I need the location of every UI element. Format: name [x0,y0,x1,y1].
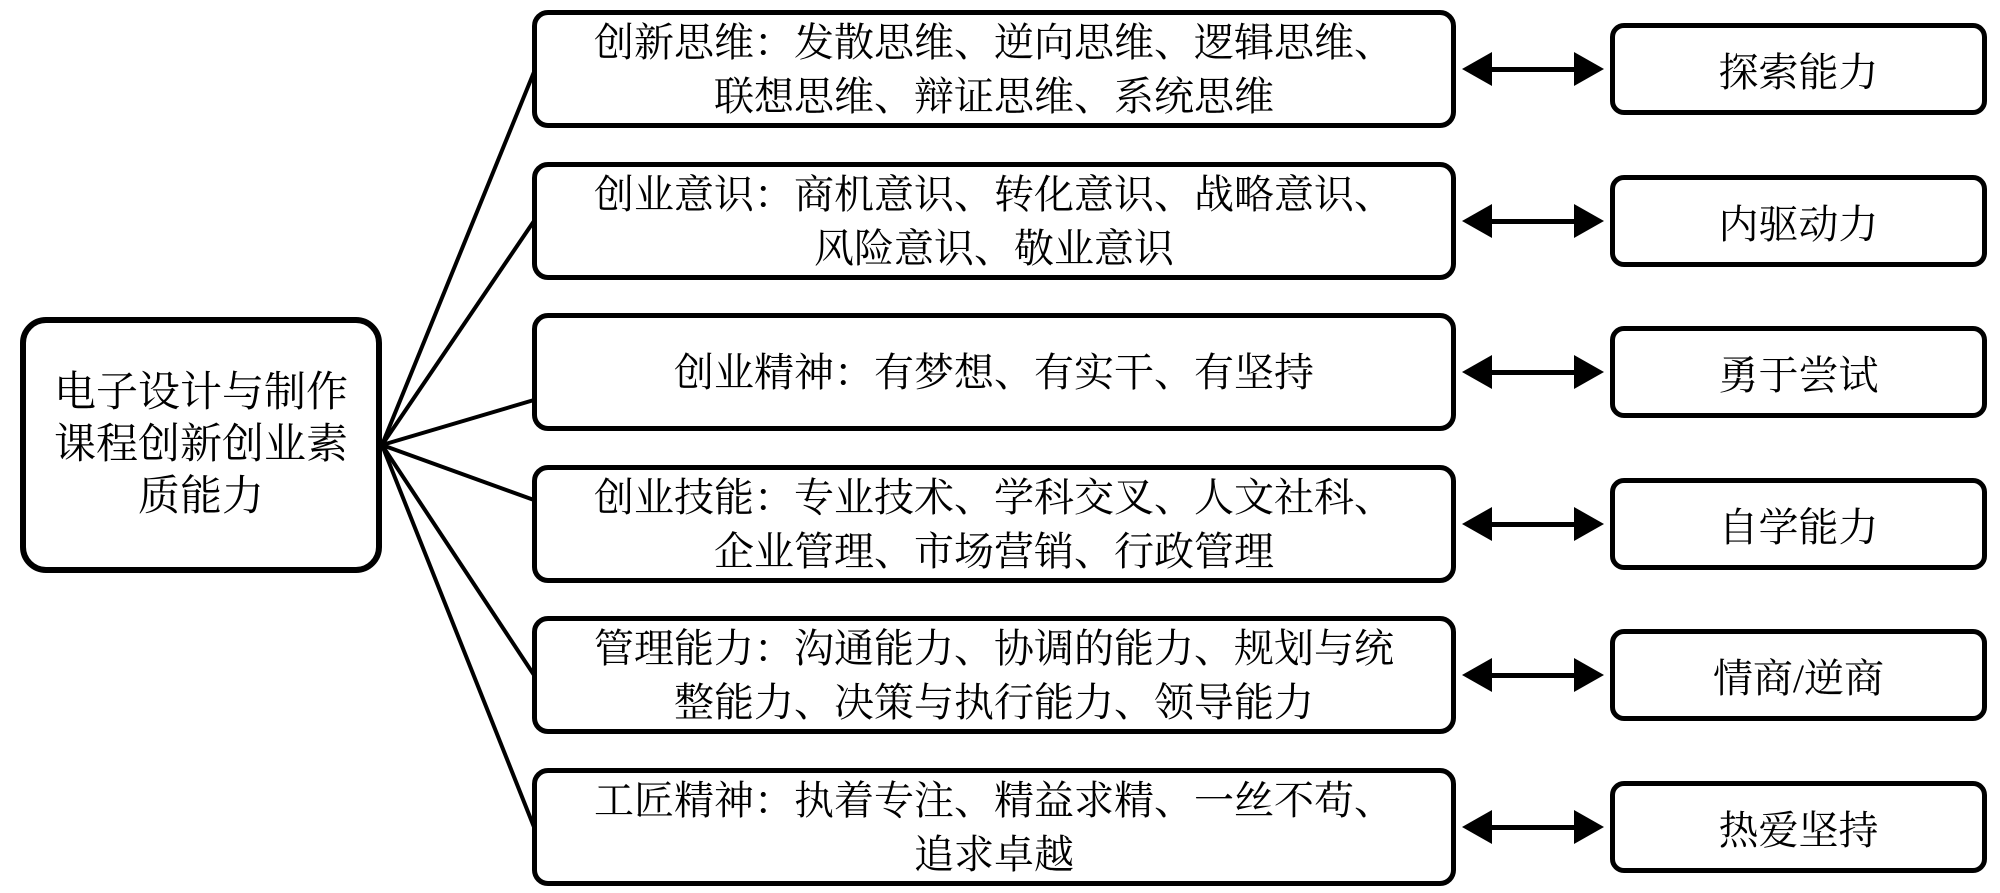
category-box-text-line: 追求卓越 [914,827,1074,881]
ability-box-love-persistence: 热爱坚持 [1610,781,1987,873]
arrow-shaft [1492,522,1574,527]
root-box-line: 质能力 [138,471,264,523]
arrow-shaft [1492,67,1574,72]
category-box-craftsman-spirit: 工匠精神：执着专注、精益求精、一丝不苟、 追求卓越 [532,768,1456,886]
ability-box-label: 热爱坚持 [1719,799,1879,856]
arrow-shaft [1492,219,1574,224]
category-box-entrepreneurial-spirit: 创业精神：有梦想、有实干、有坚持 [532,313,1456,431]
diagram-canvas: 电子设计与制作 课程创新创业素 质能力 创新思维：发散思维、逆向思维、逻辑思维、… [0,0,2000,893]
category-box-text-line: 创业技能：专业技术、学科交叉、人文社科、 [594,470,1394,524]
arrow-left-head-icon [1462,355,1492,389]
connector-line [382,445,534,500]
double-arrow [1462,810,1604,844]
category-box-text-line: 联想思维、辩证思维、系统思维 [714,69,1274,123]
category-box-entrepreneurial-skills: 创业技能：专业技术、学科交叉、人文社科、 企业管理、市场营销、行政管理 [532,465,1456,583]
category-box-text-line: 创业精神：有梦想、有实干、有坚持 [674,345,1314,400]
category-box-text-line: 创业意识：商机意识、转化意识、战略意识、 [594,167,1394,221]
category-box-management-ability: 管理能力：沟通能力、协调的能力、规划与统 整能力、决策与执行能力、领导能力 [532,616,1456,734]
category-box-text-line: 管理能力：沟通能力、协调的能力、规划与统 [594,621,1394,675]
connector-line [382,72,534,445]
double-arrow [1462,658,1604,692]
ability-box-label: 探索能力 [1719,41,1879,98]
ability-box-exploration: 探索能力 [1610,23,1987,115]
ability-box-label: 内驱动力 [1719,193,1879,250]
connector-line [382,445,534,827]
arrow-right-head-icon [1574,658,1604,692]
root-box: 电子设计与制作 课程创新创业素 质能力 [20,317,382,573]
arrow-right-head-icon [1574,810,1604,844]
category-box-innovative-thinking: 创新思维：发散思维、逆向思维、逻辑思维、 联想思维、辩证思维、系统思维 [532,10,1456,128]
ability-box-inner-drive: 内驱动力 [1610,175,1987,267]
arrow-left-head-icon [1462,507,1492,541]
arrow-left-head-icon [1462,52,1492,86]
double-arrow [1462,204,1604,238]
arrow-right-head-icon [1574,507,1604,541]
ability-box-self-learning: 自学能力 [1610,478,1987,570]
connector-line [382,400,534,445]
category-box-text-line: 整能力、决策与执行能力、领导能力 [674,675,1314,729]
root-box-line: 电子设计与制作 [54,367,348,419]
root-box-line: 课程创新创业素 [54,419,348,471]
ability-box-label: 勇于尝试 [1719,344,1879,401]
ability-box-label: 自学能力 [1719,496,1879,553]
arrow-shaft [1492,370,1574,375]
ability-box-eq-aq: 情商/逆商 [1610,629,1987,721]
double-arrow [1462,52,1604,86]
arrow-left-head-icon [1462,810,1492,844]
arrow-shaft [1492,825,1574,830]
double-arrow [1462,355,1604,389]
arrow-right-head-icon [1574,52,1604,86]
ability-box-courage-to-try: 勇于尝试 [1610,326,1987,418]
arrow-shaft [1492,673,1574,678]
arrow-left-head-icon [1462,204,1492,238]
category-box-text-line: 风险意识、敬业意识 [814,221,1174,275]
arrow-right-head-icon [1574,355,1604,389]
category-box-text-line: 工匠精神：执着专注、精益求精、一丝不苟、 [594,773,1394,827]
category-box-entrepreneurial-awareness: 创业意识：商机意识、转化意识、战略意识、 风险意识、敬业意识 [532,162,1456,280]
arrow-right-head-icon [1574,204,1604,238]
category-box-text-line: 企业管理、市场营销、行政管理 [714,524,1274,578]
ability-box-label: 情商/逆商 [1713,647,1884,704]
category-box-text-line: 创新思维：发散思维、逆向思维、逻辑思维、 [594,15,1394,69]
double-arrow [1462,507,1604,541]
arrow-left-head-icon [1462,658,1492,692]
